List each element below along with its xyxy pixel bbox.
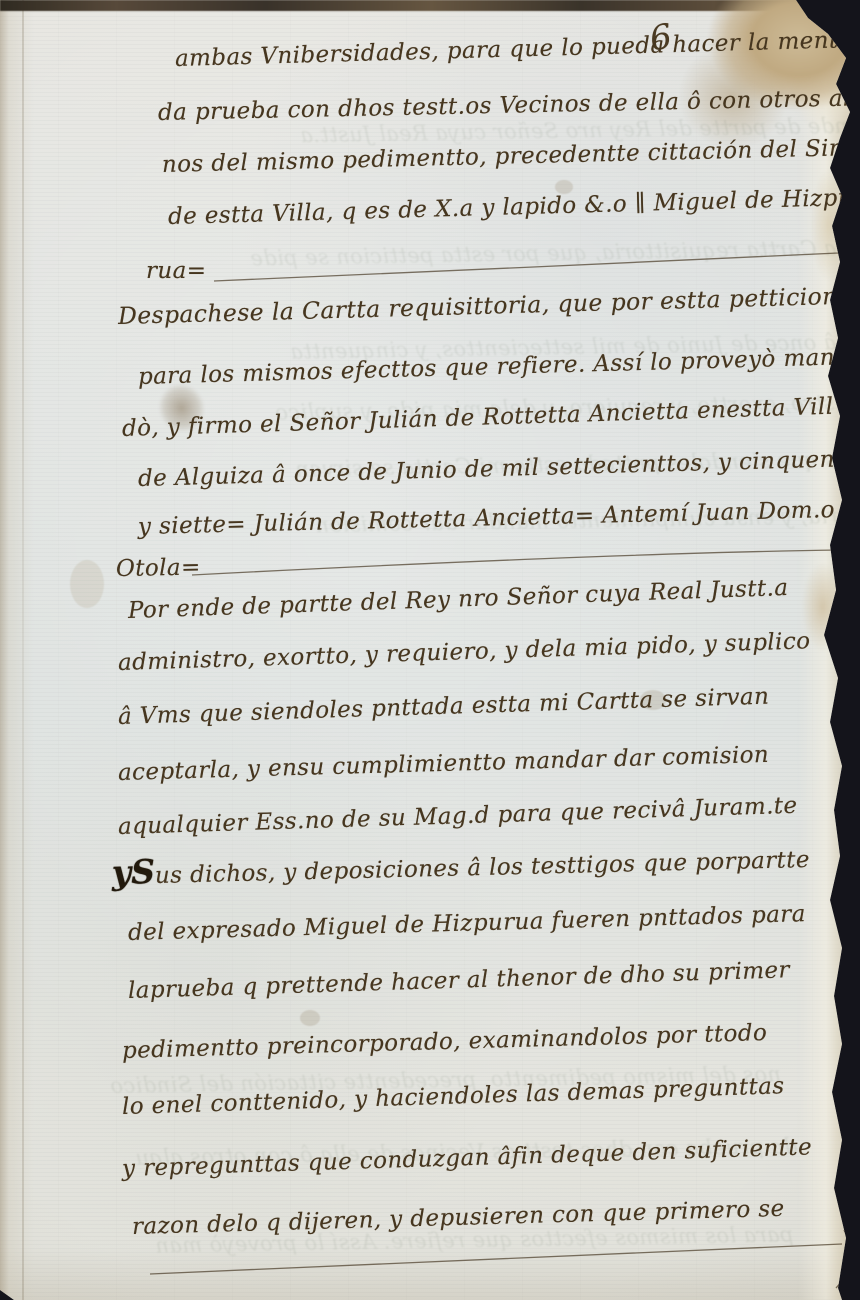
age-spot: [70, 560, 104, 608]
gutter-crease: [22, 0, 24, 1300]
manuscript-line: rua=: [146, 258, 206, 284]
scanned-manuscript: Por ende de partte del Rey nro Señor cuy…: [0, 0, 860, 1300]
binding-gutter-shadow: [0, 0, 34, 1300]
age-spot: [300, 1010, 320, 1026]
manuscript-line: Otola=: [116, 555, 201, 582]
bold-ink-initial: yS: [111, 852, 155, 892]
manuscript-page: Por ende de partte del Rey nro Señor cuy…: [0, 0, 860, 1300]
edge-damage-spot: [800, 150, 848, 300]
